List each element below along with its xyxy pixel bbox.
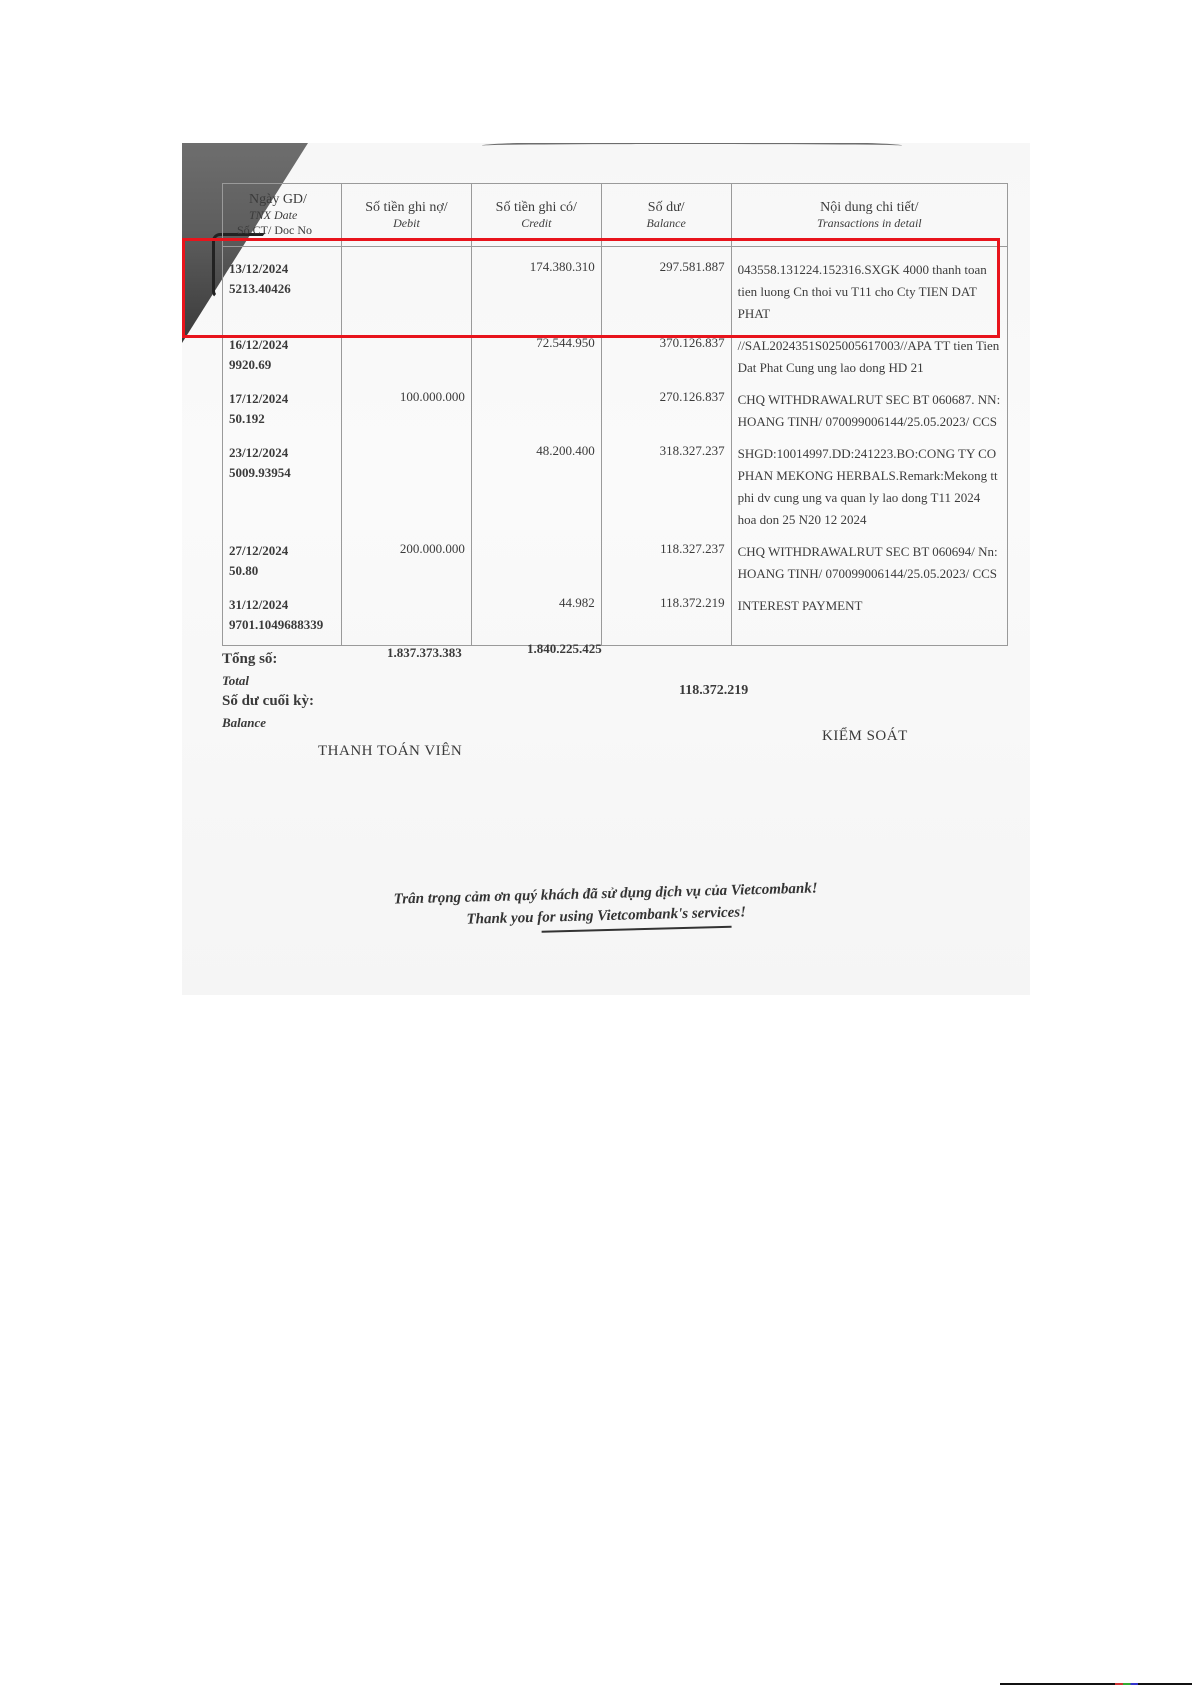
credit-cell: 48.200.400 — [471, 443, 601, 541]
closing-balance-value: 118.372.219 — [679, 683, 748, 699]
table-row: 27/12/202450.80200.000.000118.327.237CHQ… — [223, 541, 1008, 595]
date-doc-cell: 16/12/20249920.69 — [223, 335, 342, 389]
debit-cell — [342, 335, 472, 389]
detail-cell: //SAL2024351S025005617003//APA TT tien T… — [731, 335, 1007, 389]
detail-cell: CHQ WITHDRAWALRUT SEC BT 060694/ Nn: HOA… — [731, 541, 1007, 595]
document-number: 50.192 — [229, 409, 335, 429]
date-doc-cell: 17/12/202450.192 — [223, 389, 342, 443]
transaction-date: 23/12/2024 — [229, 443, 335, 463]
closing-balance-label-en: Balance — [222, 715, 266, 731]
document-number: 9920.69 — [229, 355, 335, 375]
transaction-date: 16/12/2024 — [229, 335, 335, 355]
signature-cashier: THANH TOÁN VIÊN — [318, 743, 462, 760]
document-number: 9701.1049688339 — [229, 615, 335, 635]
table-row: 23/12/20245009.9395448.200.400318.327.23… — [223, 443, 1008, 541]
balance-cell: 118.327.237 — [601, 541, 731, 595]
table-row: 17/12/202450.192100.000.000270.126.837CH… — [223, 389, 1008, 443]
credit-cell — [471, 389, 601, 443]
balance-cell: 270.126.837 — [601, 389, 731, 443]
detail-cell: INTEREST PAYMENT — [731, 595, 1007, 646]
page-curl-shadow — [482, 143, 902, 150]
transaction-date: 31/12/2024 — [229, 595, 335, 615]
detail-cell: SHGD:10014997.DD:241223.BO:CONG TY CO PH… — [731, 443, 1007, 541]
balance-cell: 318.327.237 — [601, 443, 731, 541]
debit-cell: 200.000.000 — [342, 541, 472, 595]
debit-cell — [342, 595, 472, 646]
table-row: 16/12/20249920.6972.544.950370.126.837//… — [223, 335, 1008, 389]
table-row: 31/12/20249701.104968833944.982118.372.2… — [223, 595, 1008, 646]
balance-cell: 118.372.219 — [601, 595, 731, 646]
debit-cell: 100.000.000 — [342, 389, 472, 443]
closing-balance-label: Số dư cuối kỳ: — [222, 693, 314, 710]
highlight-annotation-box — [182, 238, 1000, 338]
balance-cell: 370.126.837 — [601, 335, 731, 389]
credit-cell: 72.544.950 — [471, 335, 601, 389]
thank-you-note: Trân trọng cảm ơn quý khách đã sử dụng d… — [182, 872, 1030, 942]
credit-cell — [471, 541, 601, 595]
signature-controller: KIỂM SOÁT — [822, 728, 908, 745]
total-credit: 1.840.225.425 — [527, 641, 602, 657]
total-debit: 1.837.373.383 — [387, 645, 462, 661]
transaction-date: 17/12/2024 — [229, 389, 335, 409]
document-number: 50.80 — [229, 561, 335, 581]
document-number: 5009.93954 — [229, 463, 335, 483]
total-label: Tổng số: — [222, 651, 277, 668]
total-label-en: Total — [222, 673, 249, 689]
date-doc-cell: 23/12/20245009.93954 — [223, 443, 342, 541]
detail-cell: CHQ WITHDRAWALRUT SEC BT 060687. NN: HOA… — [731, 389, 1007, 443]
credit-cell: 44.982 — [471, 595, 601, 646]
date-doc-cell: 31/12/20249701.1049688339 — [223, 595, 342, 646]
date-doc-cell: 27/12/202450.80 — [223, 541, 342, 595]
debit-cell — [342, 443, 472, 541]
transaction-date: 27/12/2024 — [229, 541, 335, 561]
